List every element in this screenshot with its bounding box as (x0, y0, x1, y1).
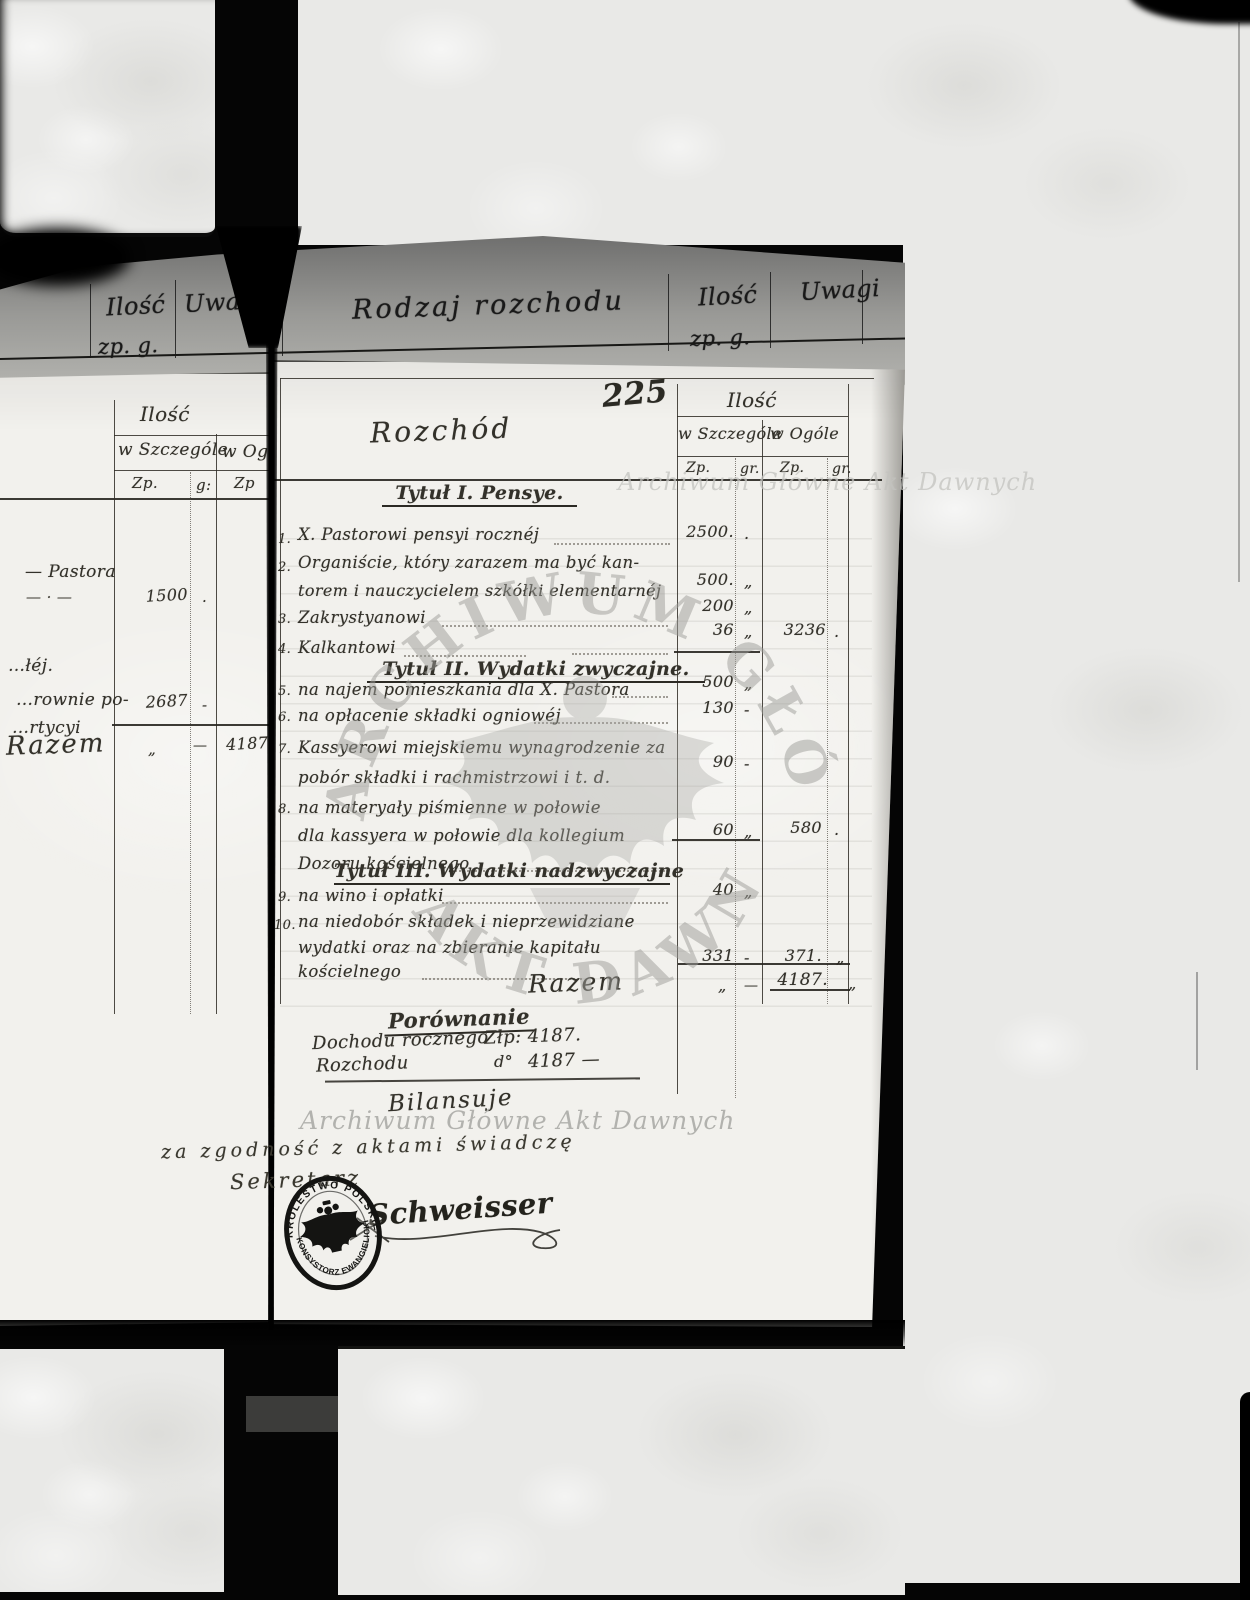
row-num: 4. (278, 642, 291, 657)
row-value-szcz: 130 (680, 698, 734, 717)
row-num: 6. (278, 710, 291, 725)
section-title-1: Tytuł I. Pensye. (382, 482, 577, 507)
left-value-1500-gr: . (202, 588, 207, 606)
row-value-og: 580 (770, 818, 822, 837)
left-value-1500: 1500 (132, 585, 189, 607)
row-num: 9. (278, 890, 291, 905)
row-text: na niedobór składek i nieprzewidziane (298, 912, 635, 931)
left-razem-total: 4187 (226, 733, 269, 754)
left-header-szczegole: w Szczególe (118, 440, 228, 460)
row-value-szcz: 90 (680, 752, 734, 771)
paper-piece-top-left (0, 0, 215, 237)
row-value-szcz: 36 (680, 620, 734, 639)
old-unit-right: zp. g. (690, 325, 751, 351)
paper-piece-bottom-left (0, 1349, 224, 1592)
row-value-szcz: 200 (680, 596, 734, 615)
film-edge-bottom-right (1240, 1392, 1250, 1600)
old-table-line (668, 274, 669, 351)
left-value-2687-gr: - (202, 696, 207, 714)
col-line-szcz-gr (735, 458, 736, 1098)
porownanie-rozchodu-value: 4187 — (528, 1049, 601, 1072)
photo-margin-right (903, 240, 1250, 1583)
pages-bottom-shadow (0, 1320, 905, 1348)
page-right-edge-shade (871, 362, 905, 1327)
razem-szcz: „ (718, 976, 727, 995)
scanned-document-photo: Ilość Uwagi Rodzaj rozchodu Ilość Uwagi … (0, 0, 1250, 1600)
page-number: 225 (601, 373, 670, 415)
left-razem-szcz: „ (148, 740, 156, 758)
left-header-ogole: w Ogóle (222, 442, 270, 462)
row-num: 7. (278, 742, 291, 757)
row-value-gr: - (744, 754, 750, 773)
row-value-gr: „ (744, 674, 753, 693)
col-ilosc-rule (677, 416, 848, 417)
row-text: kościelnego (298, 962, 401, 981)
porownanie-dochodu-label: Dochodu rocznego (312, 1027, 489, 1054)
left-row-fragment: …rownie po- (16, 690, 129, 710)
row-text: Kassyerowi miejskiemu wynagrodzenie za (298, 738, 665, 757)
left-header-rule2 (114, 470, 270, 471)
row-value-gr: . (744, 524, 750, 543)
left-row-fragment: — · — (26, 588, 72, 606)
left-unit-gr1: g: (196, 476, 211, 494)
sum-rule-szcz (672, 839, 760, 841)
old-col-ilosc-left: Ilość (105, 290, 166, 321)
row-value-og-gr: . (834, 622, 840, 641)
old-table-line (90, 284, 91, 358)
table-top-rule (280, 378, 874, 379)
row-value-szcz: 60 (680, 820, 734, 839)
leader-dots (612, 696, 668, 698)
row-num: 8. (278, 802, 291, 817)
section-title-3: Tytuł III. Wydatki nadzwyczajne (334, 860, 670, 885)
row-num: 10. (274, 918, 296, 933)
old-col-ilosc-right: Ilość (697, 280, 758, 311)
watermark-strip-top: Archiwum Główne Akt Dawnych (618, 468, 1037, 496)
old-col-uwagi-right: Uwagi (799, 274, 880, 306)
row-value-szcz: 2500. (680, 522, 734, 541)
left-unit-zp1: Zp. (132, 474, 158, 492)
left-header-rule (114, 435, 270, 436)
col-ogole: w Ogóle (770, 424, 839, 443)
left-header-heavy-rule (0, 498, 270, 500)
leader-dots (404, 655, 526, 657)
leader-dots (442, 902, 668, 904)
row-num: 1. (278, 532, 291, 547)
row-value-gr: „ (744, 622, 753, 641)
table-title-rozchod: Rozchód (369, 412, 512, 450)
row-text: Organiście, który zarazem ma być kan- (298, 553, 640, 572)
sum-rule-row10 (678, 963, 850, 965)
row-value-og-gr: . (834, 820, 840, 839)
watermark-strip-bottom: Archiwum Główne Akt Dawnych (300, 1106, 736, 1135)
left-sum-rule (112, 724, 270, 726)
film-edge-line (1238, 22, 1240, 582)
leader-dots (534, 722, 668, 724)
old-table-line (175, 280, 176, 358)
row-text: Zakrystyanowi (298, 608, 426, 627)
row-text: X. Pastorowi pensyi rocznéj (298, 525, 539, 544)
old-table-line (862, 270, 863, 344)
col-szczegole: w Szczególe (678, 424, 782, 443)
razem-label: Razem (528, 966, 625, 998)
porownanie-rozchodu-ditto: d° (494, 1052, 513, 1071)
paper-piece-bottom-middle (338, 1346, 905, 1595)
row-text: torem i nauczycielem szkółki elementarné… (298, 581, 661, 600)
row-value-szcz: 500 (680, 672, 734, 691)
row-text: na najem pomieszkania dla X. Pastora (298, 680, 630, 699)
leader-dots (572, 653, 668, 655)
left-col-line-dotted (190, 472, 191, 1014)
razem-total: 4187. (770, 970, 828, 990)
row-text: na materyały piśmienne w połowie (298, 798, 601, 817)
left-row-fragment: — Pastora (25, 562, 116, 582)
row-text: na wino i opłatki (298, 886, 444, 905)
row-value-gr: „ (744, 598, 753, 617)
razem-gr: — (744, 978, 758, 994)
row-value-gr: - (744, 700, 750, 719)
row-text: wydatki oraz na zbieranie kapitału (298, 938, 601, 957)
row-num: 3. (278, 612, 291, 627)
left-row-fragment: …łéj. (8, 656, 53, 676)
row-value-og: 3236 (770, 620, 826, 639)
row-text: na opłacenie składki ogniowéj (298, 706, 561, 725)
left-razem-gr: — (193, 738, 207, 754)
porownanie-rozchodu-label: Rozchodu (316, 1052, 409, 1076)
photo-margin-top (298, 0, 1250, 245)
porownanie-dochodu-value: Złp: 4187. (484, 1024, 582, 1048)
col-line-og-gr (827, 458, 828, 1004)
porownanie-rule (325, 1077, 640, 1082)
row-text: pobór składki i rachmistrzowi i t. d. (298, 768, 610, 787)
left-header-ilosc: Ilość (140, 402, 190, 426)
row-num: 5. (278, 684, 291, 699)
row-num: 2. (278, 560, 291, 575)
row-value-gr: „ (744, 882, 753, 901)
old-table-line (770, 272, 771, 348)
row-text: dla kassyera w połowie dla kollegium (298, 826, 625, 845)
left-unit-zp2: Zp (234, 474, 255, 492)
old-col-rodzaj: Rodzaj rozchodu (352, 285, 626, 326)
row-value-szcz: 500. (680, 570, 734, 589)
left-value-2687: 2687 (130, 690, 189, 712)
bottom-gap-gray-patch (246, 1396, 338, 1432)
leader-dots (554, 543, 670, 545)
col-ilosc: Ilość (727, 388, 777, 412)
col-line-og-left (762, 420, 763, 1004)
sum-rule-total (770, 989, 850, 991)
sum-rule-szcz (674, 651, 760, 653)
film-edge-short-line (1196, 972, 1198, 1070)
leader-dots (442, 625, 668, 627)
row-value-szcz: 40 (680, 880, 734, 899)
row-text: Kalkantowi (298, 638, 396, 657)
row-value-gr: „ (744, 572, 753, 591)
left-razem-label: Razem (6, 728, 106, 761)
